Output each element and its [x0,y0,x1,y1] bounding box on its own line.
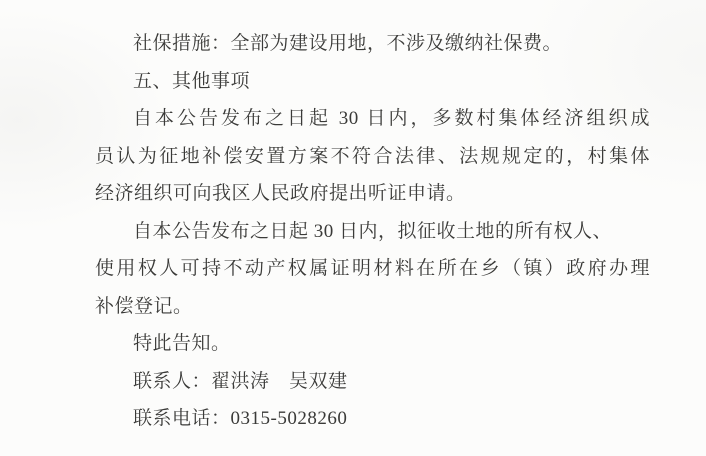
document-text-block: 社保措施：全部为建设用地，不涉及缴纳社保费。 五、其他事项 自本公告发布之日起 … [95,0,650,438]
registration-paragraph-line-1: 自本公告发布之日起 30 日内，拟征收土地的所有权人、 [95,213,650,251]
contact-phone-line: 联系电话：0315-5028260 [95,400,650,438]
closing-statement-line: 特此告知。 [95,325,650,363]
contact-person-line: 联系人：翟洪涛 吴双建 [95,363,650,401]
hearing-paragraph-line-3: 经济组织可向我区人民政府提出听证申请。 [95,175,650,213]
hearing-paragraph-line-2: 员认为征地补偿安置方案不符合法律、法规规定的，村集体 [95,138,650,176]
section-heading-other-matters: 五、其他事项 [95,63,650,101]
scanned-document-page: 社保措施：全部为建设用地，不涉及缴纳社保费。 五、其他事项 自本公告发布之日起 … [0,0,706,456]
registration-paragraph-line-2: 使用权人可持不动产权属证明材料在所在乡（镇）政府办理 [95,250,650,288]
social-security-measures-line: 社保措施：全部为建设用地，不涉及缴纳社保费。 [95,25,650,63]
registration-paragraph-line-3: 补偿登记。 [95,288,650,326]
hearing-paragraph-line-1: 自本公告发布之日起 30 日内，多数村集体经济组织成 [95,100,650,138]
